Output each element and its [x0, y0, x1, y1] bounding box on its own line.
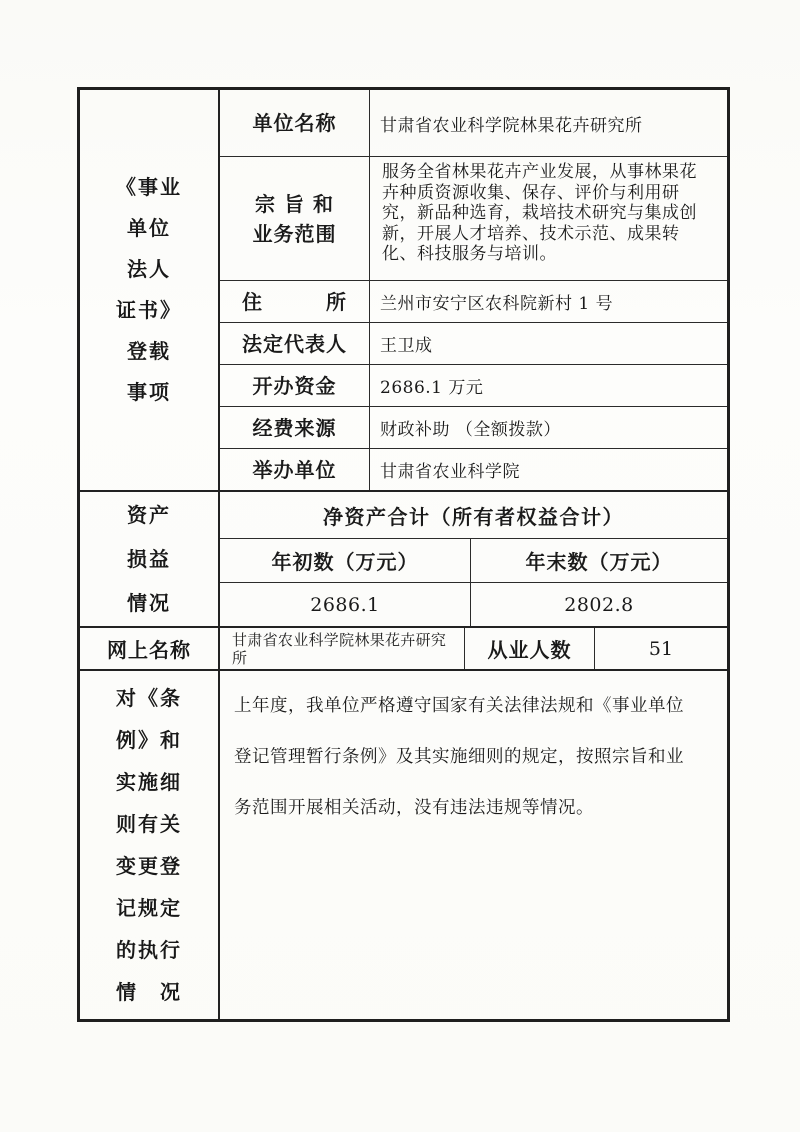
address-label: 住 所: [220, 281, 370, 322]
organizer-value: 甘肃省农业科学院: [370, 449, 727, 490]
online-name-value: 甘肃省农业科学院林果花卉研究所: [220, 628, 465, 669]
legal-representative-value: 王卫成: [370, 323, 727, 364]
unit-name-label: 单位名称: [220, 90, 370, 156]
year-start-value: 2686.1: [220, 583, 471, 626]
compliance-section-header: 对《条 例》和 实施细 则有关 变更登 记规定 的执行 情 况: [80, 671, 220, 1019]
assets-column-headers: 年初数（万元） 年末数（万元）: [220, 538, 727, 582]
mission-label: 宗 旨 和 业务范围: [220, 157, 370, 280]
legal-representative-row: 法定代表人 王卫成: [220, 322, 727, 364]
staff-count-label: 从业人数: [465, 628, 595, 669]
opening-capital-label: 开办资金: [220, 365, 370, 406]
mission-row: 宗 旨 和 业务范围 服务全省林果花卉产业发展，从事林果花卉种质资源收集、保存、…: [220, 156, 727, 280]
funding-source-value: 财政补助 （全额拨款）: [370, 407, 727, 448]
opening-capital-value: 2686.1 万元: [370, 365, 727, 406]
assets-section: 资产 损益 情况 净资产合计（所有者权益合计） 年初数（万元） 年末数（万元） …: [80, 490, 727, 626]
assets-values-row: 2686.1 2802.8: [220, 582, 727, 626]
staff-count-value: 51: [595, 628, 727, 669]
address-row: 住 所 兰州市安宁区农科院新村 1 号: [220, 280, 727, 322]
annual-report-table: 《事业 单位 法人 证书》 登载 事项 单位名称 甘肃省农业科学院林果花卉研究所…: [77, 87, 730, 1022]
certificate-rows: 单位名称 甘肃省农业科学院林果花卉研究所 宗 旨 和 业务范围 服务全省林果花卉…: [220, 90, 727, 490]
compliance-section: 对《条 例》和 实施细 则有关 变更登 记规定 的执行 情 况 上年度，我单位严…: [80, 669, 727, 1019]
net-assets-total-label: 净资产合计（所有者权益合计）: [220, 492, 727, 538]
address-value: 兰州市安宁区农科院新村 1 号: [370, 281, 727, 322]
certificate-items-section: 《事业 单位 法人 证书》 登载 事项 单位名称 甘肃省农业科学院林果花卉研究所…: [80, 90, 727, 490]
organizer-row: 举办单位 甘肃省农业科学院: [220, 448, 727, 490]
scanned-document-page: 《事业 单位 法人 证书》 登载 事项 单位名称 甘肃省农业科学院林果花卉研究所…: [0, 0, 800, 1132]
year-start-header: 年初数（万元）: [220, 539, 471, 582]
online-name-section: 网上名称 甘肃省农业科学院林果花卉研究所 从业人数 51: [80, 626, 727, 669]
organizer-label: 举办单位: [220, 449, 370, 490]
funding-source-row: 经费来源 财政补助 （全额拨款）: [220, 406, 727, 448]
online-name-label: 网上名称: [80, 628, 220, 669]
assets-section-header: 资产 损益 情况: [80, 492, 220, 626]
opening-capital-row: 开办资金 2686.1 万元: [220, 364, 727, 406]
legal-representative-label: 法定代表人: [220, 323, 370, 364]
certificate-section-header: 《事业 单位 法人 证书》 登载 事项: [80, 90, 220, 490]
unit-name-row: 单位名称 甘肃省农业科学院林果花卉研究所: [220, 90, 727, 156]
unit-name-value: 甘肃省农业科学院林果花卉研究所: [370, 90, 727, 156]
funding-source-label: 经费来源: [220, 407, 370, 448]
year-end-value: 2802.8: [471, 583, 727, 626]
mission-value: 服务全省林果花卉产业发展，从事林果花卉种质资源收集、保存、评价与利用研究，新品种…: [370, 157, 727, 280]
assets-grid: 净资产合计（所有者权益合计） 年初数（万元） 年末数（万元） 2686.1 28…: [220, 492, 727, 626]
year-end-header: 年末数（万元）: [471, 539, 727, 582]
compliance-statement: 上年度，我单位严格遵守国家有关法律法规和《事业单位登记管理暂行条例》及其实施细则…: [220, 671, 727, 1019]
